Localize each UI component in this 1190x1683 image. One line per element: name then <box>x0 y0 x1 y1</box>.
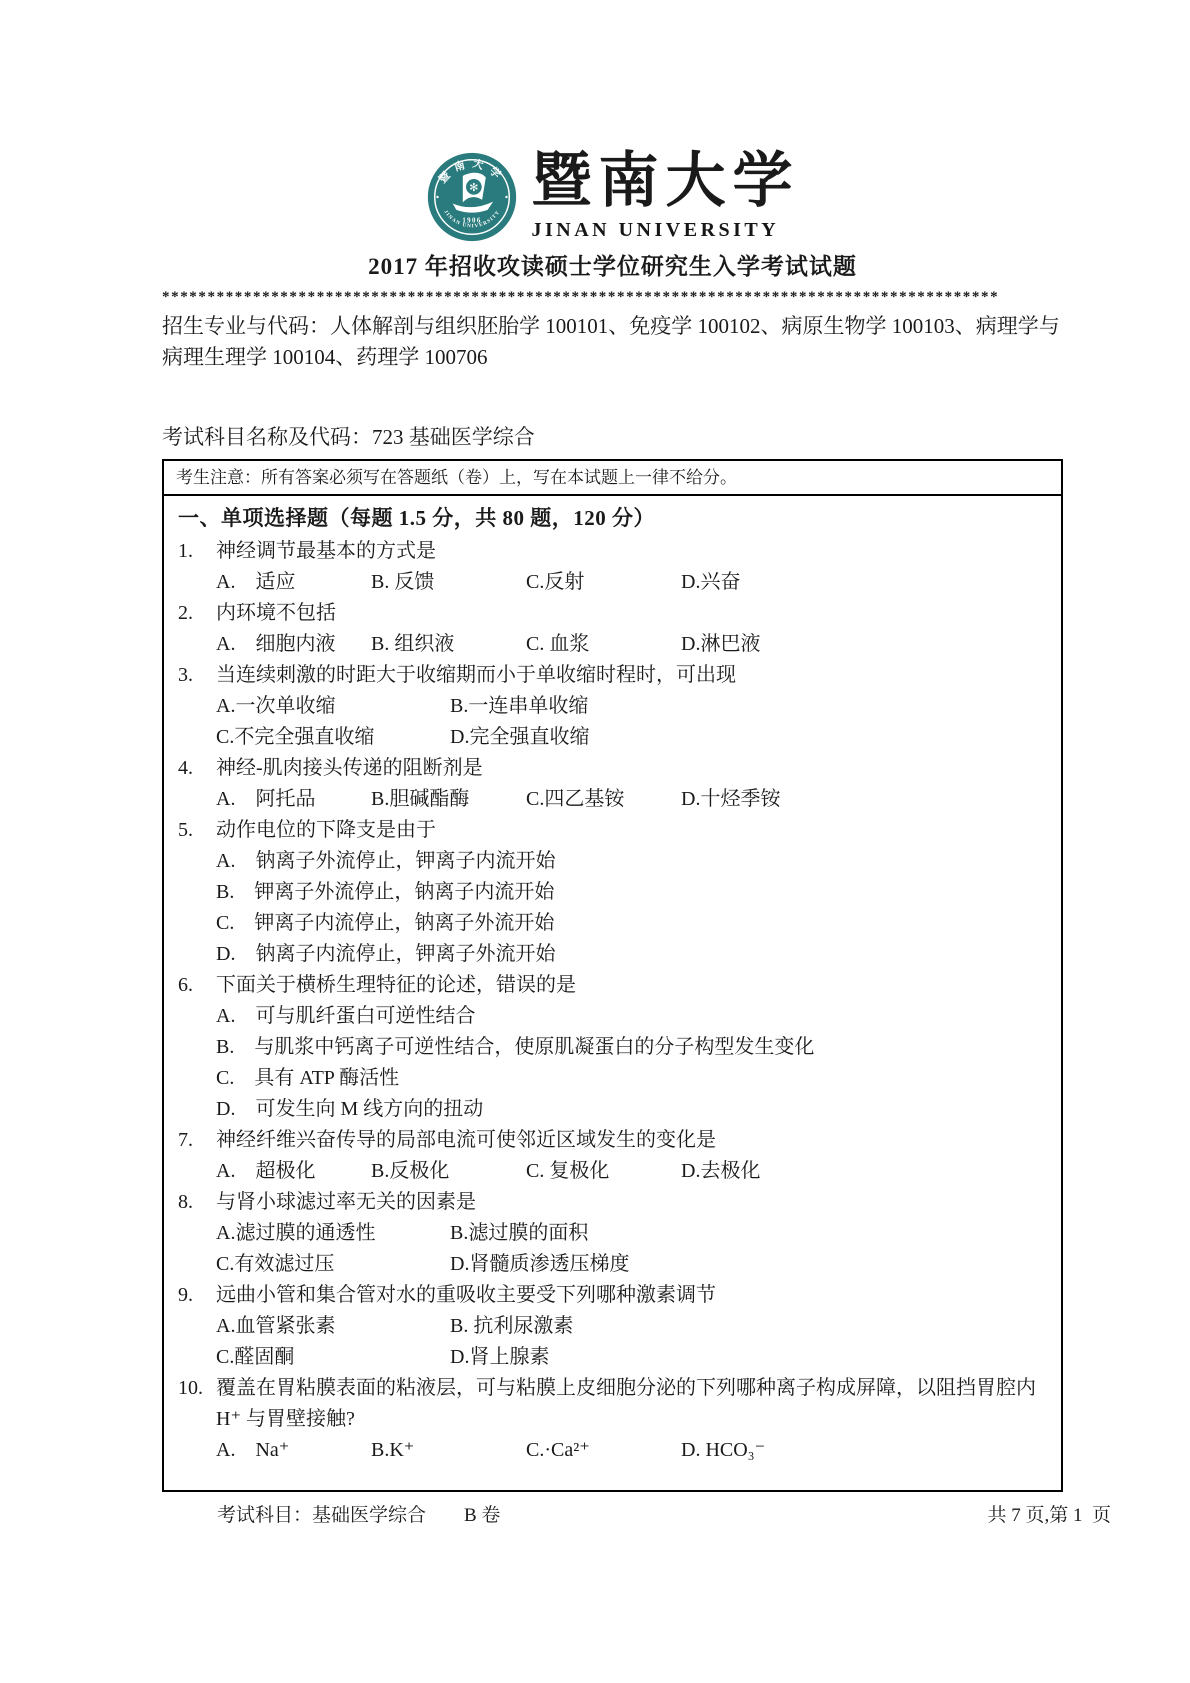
option-c: C.四乙基铵 <box>526 784 681 815</box>
option-row: A.一次单收缩B.一连串单收缩 <box>216 691 1045 722</box>
option-a: A. 可与肌纤蛋白可逆性结合 <box>216 1001 475 1032</box>
option-d: D.完全强直收缩 <box>450 722 684 753</box>
option-c: C.醛固酮 <box>216 1342 450 1373</box>
option-row: A. 适应B. 反馈C.反射D.兴奋 <box>216 567 1045 598</box>
option-row: D. 可发生向 M 线方向的扭动 <box>216 1094 1045 1125</box>
question-number: 6. <box>178 970 216 1001</box>
option-b: B.K⁺ <box>371 1435 526 1466</box>
option-row: A. 细胞内液B. 组织液C. 血浆D.淋巴液 <box>216 629 1045 660</box>
option-a: A. Na⁺ <box>216 1435 371 1466</box>
option-b: B.胆碱酯酶 <box>371 784 526 815</box>
option-d: D. 可发生向 M 线方向的扭动 <box>216 1094 483 1125</box>
option-a: A. 钠离子外流停止，钾离子内流开始 <box>216 846 555 877</box>
logo-wordmark: 暨南大学 JINAN UNIVERSITY <box>532 146 800 242</box>
option-row: C.不完全强直收缩D.完全强直收缩 <box>216 722 1045 753</box>
question-stem: 与肾小球滤过率无关的因素是 <box>216 1187 1045 1218</box>
question-stem: 当连续刺激的时距大于收缩期而小于单收缩时程时，可出现 <box>216 660 1045 691</box>
option-c: C.不完全强直收缩 <box>216 722 450 753</box>
option-c: C. 血浆 <box>526 629 681 660</box>
option-row: A. 超极化B.反极化C. 复极化D.去极化 <box>216 1156 1045 1187</box>
question-2: 2.内环境不包括A. 细胞内液B. 组织液C. 血浆D.淋巴液 <box>178 598 1045 660</box>
question-number: 10. <box>178 1373 216 1404</box>
question-number: 8. <box>178 1187 216 1218</box>
question-list: 1.神经调节最基本的方式是A. 适应B. 反馈C.反射D.兴奋2.内环境不包括A… <box>178 536 1045 1466</box>
option-row: A.滤过膜的通透性B.滤过膜的面积 <box>216 1218 1045 1249</box>
question-8: 8.与肾小球滤过率无关的因素是A.滤过膜的通透性B.滤过膜的面积C.有效滤过压D… <box>178 1187 1045 1280</box>
option-a: A. 超极化 <box>216 1156 371 1187</box>
question-number: 3. <box>178 660 216 691</box>
question-stem: 覆盖在胃粘膜表面的粘液层，可与粘膜上皮细胞分泌的下列哪种离子构成屏障，以阻挡胃腔… <box>216 1373 1045 1435</box>
page-footer: 考试科目：基础医学综合 B 卷 共 7 页,第 1 页 <box>162 1503 1063 1529</box>
option-a: A.血管紧张素 <box>216 1311 450 1342</box>
option-b: B.一连串单收缩 <box>450 691 684 722</box>
option-b: B. 组织液 <box>371 629 526 660</box>
option-row: C. 钾离子内流停止，钠离子外流开始 <box>216 908 1045 939</box>
seal-year: 1906 <box>462 217 481 224</box>
asterisk-divider: ****************************************… <box>162 289 1063 305</box>
option-a: A. 适应 <box>216 567 371 598</box>
question-3: 3.当连续刺激的时距大于收缩期而小于单收缩时程时，可出现A.一次单收缩B.一连串… <box>178 660 1045 753</box>
option-row: C. 具有 ATP 酶活性 <box>216 1063 1045 1094</box>
question-number: 2. <box>178 598 216 629</box>
section-heading: 一、单项选择题（每题 1.5 分，共 80 题，120 分） <box>178 501 1045 536</box>
exam-sheet: 暨南大学 JINAN UNIVERSITY ✻ 1906 暨南大学 JINAN … <box>162 0 1063 1529</box>
question-area: 一、单项选择题（每题 1.5 分，共 80 题，120 分） 1.神经调节最基本… <box>164 496 1061 1490</box>
candidate-notice: 考生注意：所有答案必须写在答题纸（卷）上，写在本试题上一律不给分。 <box>164 461 1061 496</box>
option-row: A. 钠离子外流停止，钾离子内流开始 <box>216 846 1045 877</box>
option-c: C.有效滤过压 <box>216 1249 450 1280</box>
admission-majors-line: 招生专业与代码：人体解剖与组织胚胎学 100101、免疫学 100102、病原生… <box>162 311 1063 373</box>
option-row: C.醛固酮D.肾上腺素 <box>216 1342 1045 1373</box>
exam-box: 考生注意：所有答案必须写在答题纸（卷）上，写在本试题上一律不给分。 一、单项选择… <box>162 459 1063 1492</box>
option-a: A.一次单收缩 <box>216 691 450 722</box>
option-a: A. 细胞内液 <box>216 629 371 660</box>
question-4: 4.神经-肌肉接头传递的阻断剂是A. 阿托品B.胆碱酯酶C.四乙基铵D.十烃季铵 <box>178 753 1045 815</box>
option-row: A.血管紧张素B. 抗利尿激素 <box>216 1311 1045 1342</box>
option-b: B. 钾离子外流停止，钠离子内流开始 <box>216 877 554 908</box>
footer-subject: 考试科目：基础医学综合 B 卷 <box>217 1503 500 1529</box>
question-7: 7.神经纤维兴奋传导的局部电流可使邻近区域发生的变化是A. 超极化B.反极化C.… <box>178 1125 1045 1187</box>
question-9: 9.远曲小管和集合管对水的重吸收主要受下列哪种激素调节A.血管紧张素B. 抗利尿… <box>178 1280 1045 1373</box>
option-c: C.·Ca²⁺ <box>526 1435 681 1466</box>
option-d: D. 钠离子内流停止，钾离子外流开始 <box>216 939 555 970</box>
question-1: 1.神经调节最基本的方式是A. 适应B. 反馈C.反射D.兴奋 <box>178 536 1045 598</box>
subject-code-line: 考试科目名称及代码：723 基础医学综合 <box>162 422 1063 453</box>
question-stem: 神经纤维兴奋传导的局部电流可使邻近区域发生的变化是 <box>216 1125 1045 1156</box>
option-b: B. 抗利尿激素 <box>450 1311 684 1342</box>
option-d: D.肾髓质渗透压梯度 <box>450 1249 684 1280</box>
option-b: B. 反馈 <box>371 567 526 598</box>
question-stem: 神经-肌肉接头传递的阻断剂是 <box>216 753 1045 784</box>
logo-wordmark-en: JINAN UNIVERSITY <box>532 218 780 242</box>
option-row: B. 钾离子外流停止，钠离子内流开始 <box>216 877 1045 908</box>
option-b: B.滤过膜的面积 <box>450 1218 684 1249</box>
question-number: 4. <box>178 753 216 784</box>
option-row: A. Na⁺B.K⁺C.·Ca²⁺D. HCO₃⁻ <box>216 1435 1045 1466</box>
logo-wordmark-cn: 暨南大学 <box>532 146 800 216</box>
option-a: A. 阿托品 <box>216 784 371 815</box>
question-number: 5. <box>178 815 216 846</box>
question-stem: 内环境不包括 <box>216 598 1045 629</box>
option-d: D.肾上腺素 <box>450 1342 684 1373</box>
option-c: C. 具有 ATP 酶活性 <box>216 1063 399 1094</box>
question-10: 10.覆盖在胃粘膜表面的粘液层，可与粘膜上皮细胞分泌的下列哪种离子构成屏障，以阻… <box>178 1373 1045 1466</box>
university-logo: 暨南大学 JINAN UNIVERSITY ✻ 1906 暨南大学 JINAN … <box>162 146 1063 248</box>
question-number: 7. <box>178 1125 216 1156</box>
option-a: A.滤过膜的通透性 <box>216 1218 450 1249</box>
option-row: A. 可与肌纤蛋白可逆性结合 <box>216 1001 1045 1032</box>
option-row: D. 钠离子内流停止，钾离子外流开始 <box>216 939 1045 970</box>
question-stem: 下面关于横桥生理特征的论述，错误的是 <box>216 970 1045 1001</box>
exam-paper-page: { "logo": { "seal_color": "#2a7b7d", "se… <box>0 0 1190 1683</box>
university-seal-icon: 暨南大学 JINAN UNIVERSITY ✻ 1906 <box>426 146 518 248</box>
option-row: C.有效滤过压D.肾髓质渗透压梯度 <box>216 1249 1045 1280</box>
svg-text:✻: ✻ <box>469 182 478 194</box>
option-c: C. 钾离子内流停止，钠离子外流开始 <box>216 908 554 939</box>
option-d: D.去极化 <box>681 1156 836 1187</box>
question-6: 6.下面关于横桥生理特征的论述，错误的是A. 可与肌纤蛋白可逆性结合B. 与肌浆… <box>178 970 1045 1125</box>
option-d: D.十烃季铵 <box>681 784 836 815</box>
question-number: 1. <box>178 536 216 567</box>
option-d: D. HCO₃⁻ <box>681 1435 836 1466</box>
question-stem: 动作电位的下降支是由于 <box>216 815 1045 846</box>
option-c: C. 复极化 <box>526 1156 681 1187</box>
question-stem: 远曲小管和集合管对水的重吸收主要受下列哪种激素调节 <box>216 1280 1045 1311</box>
option-row: B. 与肌浆中钙离子可逆性结合，使原肌凝蛋白的分子构型发生变化 <box>216 1032 1045 1063</box>
question-stem: 神经调节最基本的方式是 <box>216 536 1045 567</box>
exam-title: 2017 年招收攻读硕士学位研究生入学考试试题 <box>162 252 1063 282</box>
option-b: B.反极化 <box>371 1156 526 1187</box>
option-c: C.反射 <box>526 567 681 598</box>
option-d: D.淋巴液 <box>681 629 836 660</box>
question-5: 5.动作电位的下降支是由于A. 钠离子外流停止，钾离子内流开始B. 钾离子外流停… <box>178 815 1045 970</box>
option-d: D.兴奋 <box>681 567 836 598</box>
footer-page-number: 共 7 页,第 1 页 <box>987 1503 1111 1529</box>
question-number: 9. <box>178 1280 216 1311</box>
option-row: A. 阿托品B.胆碱酯酶C.四乙基铵D.十烃季铵 <box>216 784 1045 815</box>
option-b: B. 与肌浆中钙离子可逆性结合，使原肌凝蛋白的分子构型发生变化 <box>216 1032 814 1063</box>
